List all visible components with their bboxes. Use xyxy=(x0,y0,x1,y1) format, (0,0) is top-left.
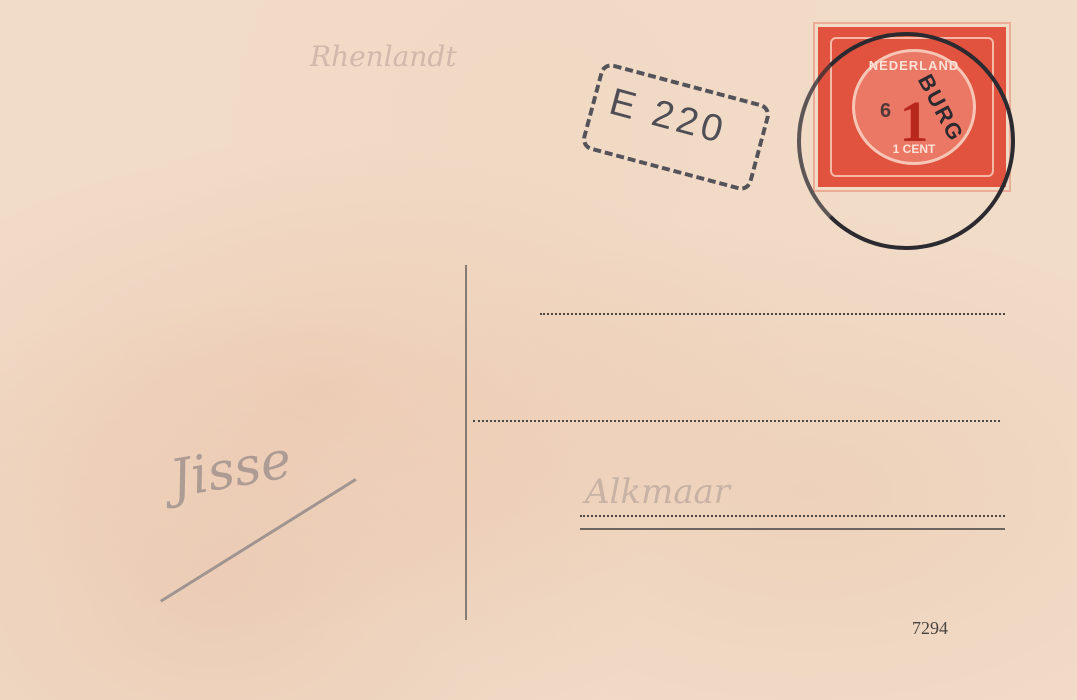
handwritten-top-note: Rhenlandt xyxy=(310,40,457,73)
address-underline xyxy=(580,528,1005,530)
serial-number: 7294 xyxy=(912,618,948,639)
box-cancel-text: E 220 xyxy=(605,81,731,153)
postmark-date: 6 xyxy=(880,100,891,123)
center-divider-line xyxy=(465,265,467,620)
address-line-2 xyxy=(473,420,1000,422)
box-cancel-stamp: E 220 xyxy=(579,61,772,193)
handwritten-signature: Jisse xyxy=(166,430,296,510)
handwritten-address-city: Alkmaar xyxy=(585,472,730,512)
postmark-circle xyxy=(797,32,1015,250)
address-line-1 xyxy=(540,313,1005,315)
postcard: E 220 NEDERLAND 1 1 CENT BURG 6 Rhenland… xyxy=(0,0,1077,700)
address-line-3 xyxy=(580,515,1005,517)
